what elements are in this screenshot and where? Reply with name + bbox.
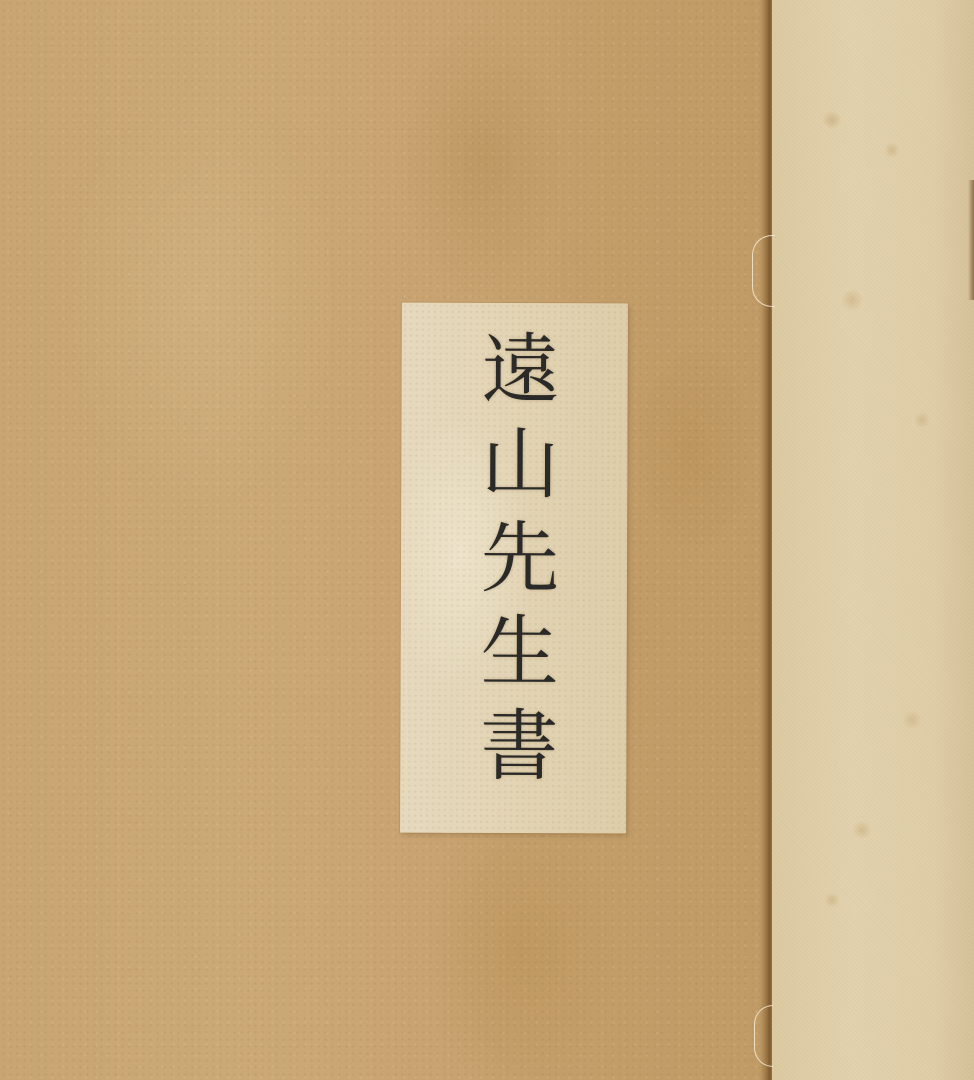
cloth-edge-shadow <box>968 180 974 300</box>
label-calligraphy: 遠 山 先 生 書 <box>400 325 628 794</box>
cloth-border-strip <box>772 0 974 1080</box>
label-char-2: 山 <box>481 419 559 511</box>
label-char-3: 先 <box>481 513 559 605</box>
label-char-5: 書 <box>480 701 558 793</box>
scroll-photo: 遠 山 先 生 書 <box>0 0 974 1080</box>
label-char-1: 遠 <box>482 325 560 417</box>
aged-paper-mount <box>0 0 772 1080</box>
label-char-4: 生 <box>481 607 559 699</box>
loose-thread <box>752 235 775 307</box>
loose-thread <box>754 1005 773 1067</box>
title-label-slip: 遠 山 先 生 書 <box>400 303 628 834</box>
